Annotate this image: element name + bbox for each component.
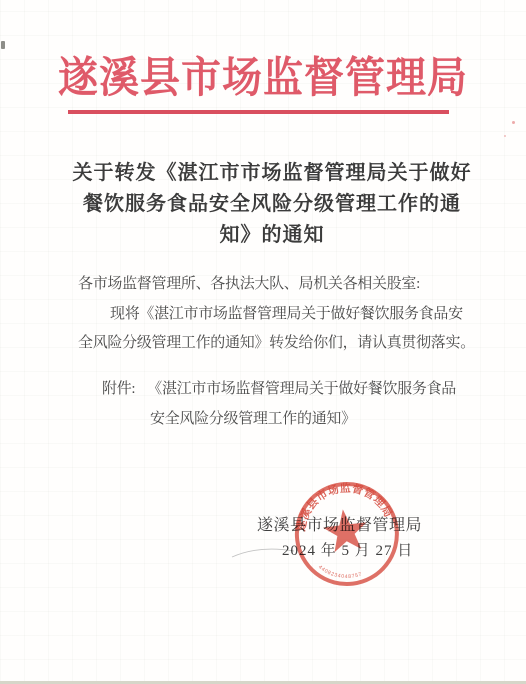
official-seal: 遂溪县市场监督管理局 4408234048757	[285, 473, 410, 598]
salutation-line: 各市场监督管理所、各执法大队、局机关各相关股室:	[78, 272, 420, 293]
document-title-line-3: 知》的通知	[18, 220, 526, 251]
letterhead-rule	[68, 110, 449, 114]
signature-date: 2024 年 5 月 27 日	[282, 539, 413, 560]
attachment-line-2: 安全风险分级管理工作的通知》	[150, 407, 356, 428]
body-paragraph-line-2: 全风险分级管理工作的通知》转发给你们，请认真贯彻落实。	[78, 331, 475, 352]
scan-speck	[512, 121, 515, 124]
scanned-document-page: 遂溪县市场监督管理局 关于转发《湛江市市场监督管理局关于做好 餐饮服务食品安全风…	[0, 0, 526, 684]
attachment-label: 附件:	[102, 381, 135, 397]
body-paragraph-line-1: 现将《湛江市市场监督管理局关于做好餐饮服务食品安	[110, 302, 463, 323]
document-title-line-2: 餐饮服务食品安全风险分级管理工作的通	[18, 189, 526, 220]
document-title: 关于转发《湛江市市场监督管理局关于做好 餐饮服务食品安全风险分级管理工作的通 知…	[18, 158, 526, 251]
scan-speck	[504, 135, 506, 137]
attachment-title-part-1: 《湛江市市场监督管理局关于做好餐饮服务食品	[147, 381, 456, 397]
document-title-line-1: 关于转发《湛江市市场监督管理局关于做好	[18, 158, 526, 189]
signature-agency: 遂溪县市场监督管理局	[257, 512, 422, 535]
letterhead-agency-name: 遂溪县市场监督管理局	[0, 44, 526, 104]
attachment-line-1: 附件:《湛江市市场监督管理局关于做好餐饮服务食品	[102, 377, 456, 398]
